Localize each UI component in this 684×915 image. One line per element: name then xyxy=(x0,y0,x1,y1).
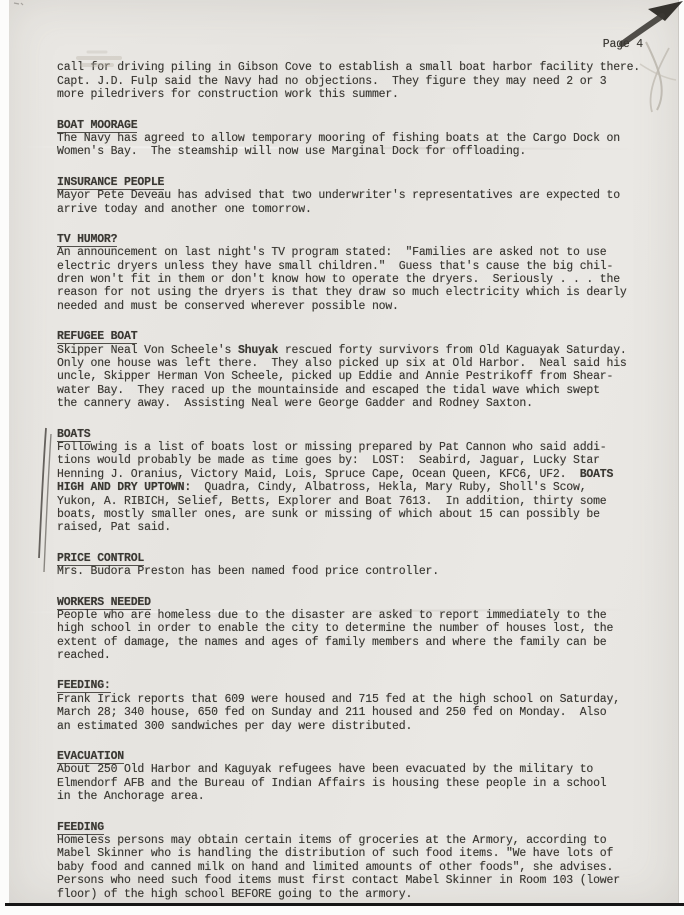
text-line: reached. xyxy=(57,649,651,662)
text-line: Capt. J.D. Fulp said the Navy had no obj… xyxy=(57,75,651,88)
section-intro: call for driving piling in Gibson Cove t… xyxy=(57,61,651,101)
text-line: Following is a list of boats lost or mis… xyxy=(57,441,651,454)
text-line: high school in order to enable the city … xyxy=(57,622,651,635)
section-tv-humor: TV HUMOR?An announcement on last night's… xyxy=(57,233,651,313)
text-line: needed and must be conserved wherever po… xyxy=(57,300,651,313)
section-feeding-2: FEEDINGHomeless persons may obtain certa… xyxy=(57,821,651,901)
text-line: call for driving piling in Gibson Cove t… xyxy=(57,61,651,74)
text-line: floor) of the high school BEFORE going t… xyxy=(57,888,651,901)
section-heading: FEEDING: xyxy=(57,679,651,692)
section-boats: BOATSFollowing is a list of boats lost o… xyxy=(57,428,651,535)
text-line: an estimated 300 sandwiches per day were… xyxy=(57,720,651,733)
text-line: extent of damage, the names and ages of … xyxy=(57,636,651,649)
text-line: Skipper Neal Von Scheele's Shuyak rescue… xyxy=(57,344,651,357)
text-line: tions would probably be made as time goe… xyxy=(57,454,651,467)
scan-bottom-edge xyxy=(5,903,684,906)
page-number: Page 4 xyxy=(57,38,651,51)
text-line: The Navy has agreed to allow temporary m… xyxy=(57,132,651,145)
section-heading: EVACUATION xyxy=(57,750,651,763)
text-line: March 28; 340 house, 650 fed on Sunday a… xyxy=(57,706,651,719)
text-line: Homeless persons may obtain certain item… xyxy=(57,834,651,847)
document-text: Page 4 call for driving piling in Gibson… xyxy=(57,38,651,901)
text-line: Henning J. Oranius, Victory Maid, Lois, … xyxy=(57,468,651,481)
section-heading: BOAT MOORAGE xyxy=(57,119,651,132)
text-line: HIGH AND DRY UPTOWN: Quadra, Cindy, Alba… xyxy=(57,481,651,494)
section-price-control: PRICE CONTROLMrs. Budora Preston has bee… xyxy=(57,552,651,579)
text-line: water Bay. They raced up the mountainsid… xyxy=(57,384,651,397)
text-line: more piledrivers for construction work t… xyxy=(57,88,651,101)
section-workers-needed: WORKERS NEEDEDPeople who are homeless du… xyxy=(57,596,651,663)
text-line: People who are homeless due to the disas… xyxy=(57,609,651,622)
text-line: dren won't fit in them or don't know how… xyxy=(57,273,651,286)
document-body: call for driving piling in Gibson Cove t… xyxy=(57,61,651,901)
text-line: uncle, Skipper Herman Von Scheele, picke… xyxy=(57,370,651,383)
section-evacuation: EVACUATIONAbout 250 Old Harbor and Kaguy… xyxy=(57,750,651,804)
text-line: Mayor Pete Deveau has advised that two u… xyxy=(57,189,651,202)
text-line: Yukon, A. RIBICH, Selief, Betts, Explore… xyxy=(57,495,651,508)
section-heading: PRICE CONTROL xyxy=(57,552,651,565)
scanned-page: Page 4 call for driving piling in Gibson… xyxy=(0,0,684,915)
text-line: baby food and canned milk on hand and li… xyxy=(57,861,651,874)
section-heading: FEEDING xyxy=(57,821,651,834)
section-heading: INSURANCE PEOPLE xyxy=(57,176,651,189)
text-line: An announcement on last night's TV progr… xyxy=(57,246,651,259)
text-line: in the Anchorage area. xyxy=(57,790,651,803)
text-line: Only one house was left there. They also… xyxy=(57,357,651,370)
text-line: Mrs. Budora Preston has been named food … xyxy=(57,565,651,578)
text-line: electric dryers unless they have small c… xyxy=(57,260,651,273)
text-line: Persons who need such food items must fi… xyxy=(57,874,651,887)
text-line: Women's Bay. The steamship will now use … xyxy=(57,145,651,158)
text-line: About 250 Old Harbor and Kaguyak refugee… xyxy=(57,763,651,776)
text-line: raised, Pat said. xyxy=(57,521,651,534)
section-heading: BOATS xyxy=(57,428,651,441)
text-line: reason for not using the dryers is that … xyxy=(57,286,651,299)
text-line: boats, mostly smaller ones, are sunk or … xyxy=(57,508,651,521)
section-feeding-1: FEEDING:Frank Irick reports that 609 wer… xyxy=(57,679,651,733)
text-line: Elmendorf AFB and the Bureau of Indian A… xyxy=(57,777,651,790)
section-refugee-boat: REFUGEE BOATSkipper Neal Von Scheele's S… xyxy=(57,330,651,410)
text-line: the cannery away. Assisting Neal were Ge… xyxy=(57,397,651,410)
section-heading: WORKERS NEEDED xyxy=(57,596,651,609)
text-line: arrive today and another one tomorrow. xyxy=(57,203,651,216)
section-insurance-people: INSURANCE PEOPLEMayor Pete Deveau has ad… xyxy=(57,176,651,216)
section-boat-moorage: BOAT MOORAGEThe Navy has agreed to allow… xyxy=(57,119,651,159)
text-line: Frank Irick reports that 609 were housed… xyxy=(57,693,651,706)
section-heading: REFUGEE BOAT xyxy=(57,330,651,343)
text-line: Mabel Skinner who is handling the distri… xyxy=(57,847,651,860)
section-heading: TV HUMOR? xyxy=(57,233,651,246)
